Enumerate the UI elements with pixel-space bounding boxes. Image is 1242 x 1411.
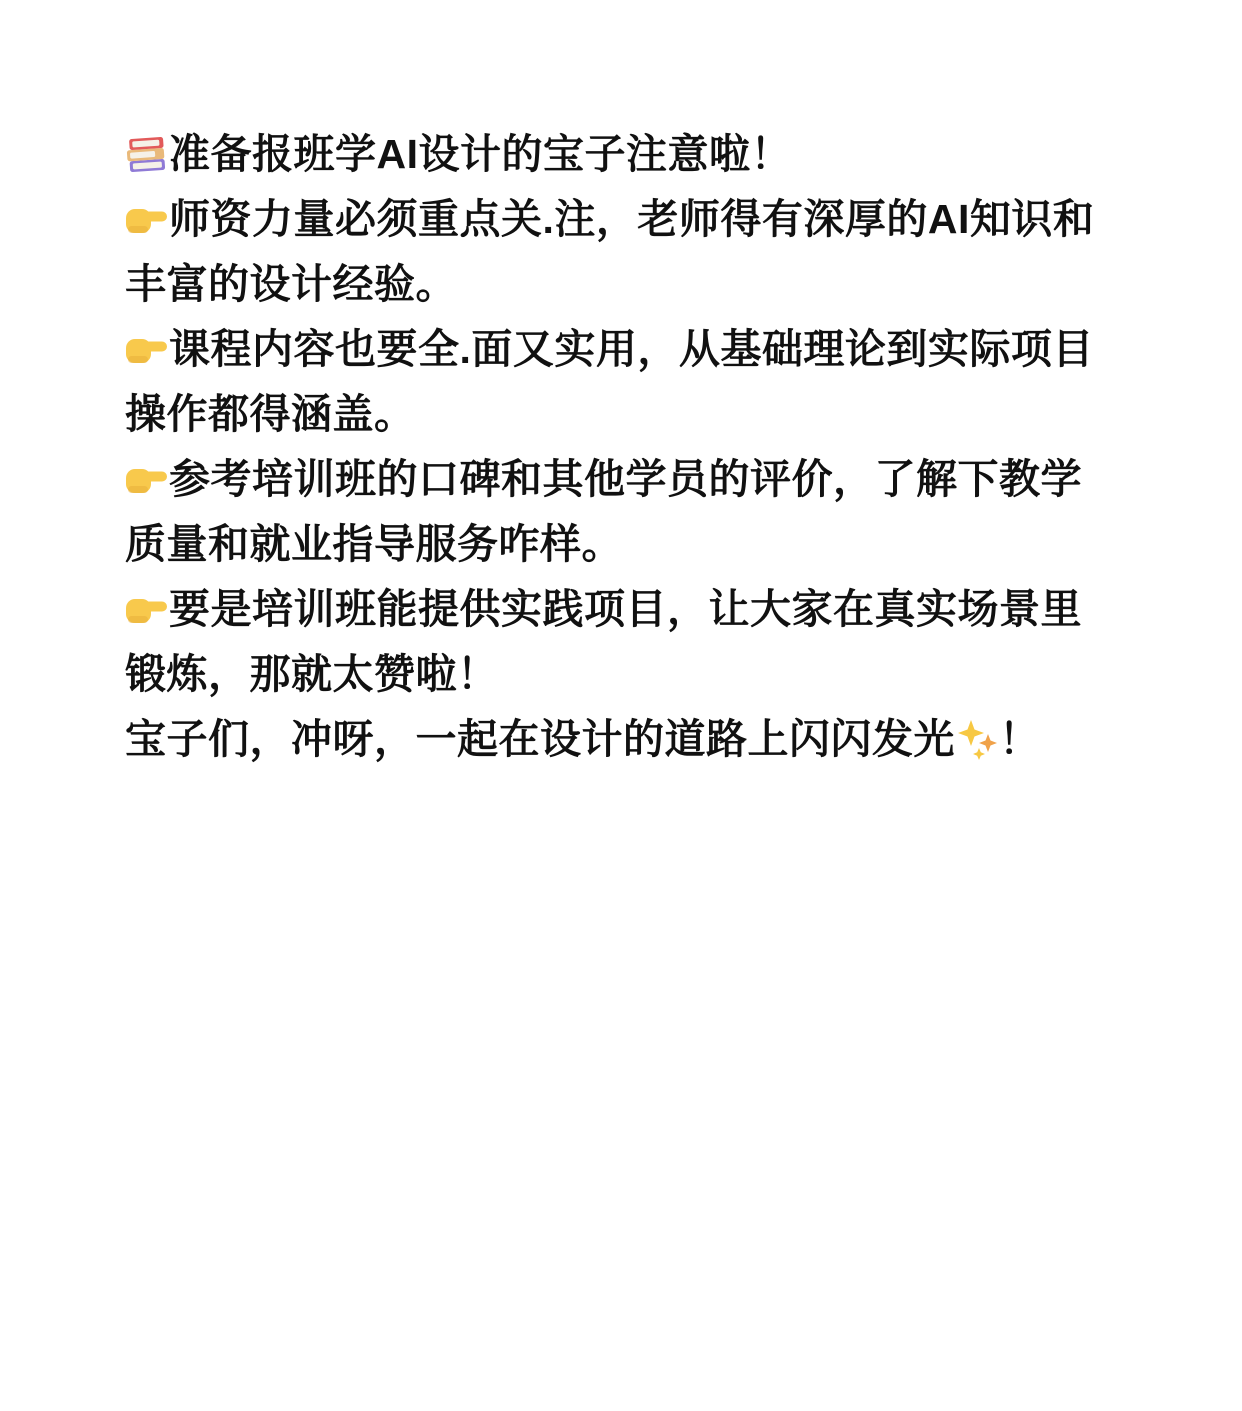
point-right-icon [125, 586, 169, 630]
paragraph-text: 师资力量必须重点关.注，老师得有深厚的AI知识和丰富的设计经验。 [125, 196, 1094, 307]
post-content: 准备报班学AI设计的宝子注意啦！ 师资力量必须重点关.注，老师得有深厚的AI知识… [125, 122, 1104, 772]
paragraph-text: 准备报班学AI设计的宝子注意啦！ [169, 131, 792, 177]
paragraph-courses: 课程内容也要全.面又实用，从基础理论到实际项目操作都得涵盖。 [125, 317, 1104, 447]
paragraph-title: 准备报班学AI设计的宝子注意啦！ [125, 122, 1104, 187]
paragraph-text: 要是培训班能提供实践项目，让大家在真实场景里锻炼，那就太赞啦！ [125, 586, 1082, 697]
post-page: 准备报班学AI设计的宝子注意啦！ 师资力量必须重点关.注，老师得有深厚的AI知识… [0, 0, 1242, 1411]
paragraph-teachers: 师资力量必须重点关.注，老师得有深厚的AI知识和丰富的设计经验。 [125, 187, 1104, 317]
paragraph-closing: 宝子们，冲呀，一起在设计的道路上闪闪发光！ [125, 707, 1104, 772]
paragraph-text: 宝子们，冲呀，一起在设计的道路上闪闪发光 [125, 716, 955, 762]
paragraph-reputation: 参考培训班的口碑和其他学员的评价，了解下教学质量和就业指导服务咋样。 [125, 447, 1104, 577]
books-icon [125, 131, 169, 175]
paragraph-practice: 要是培训班能提供实践项目，让大家在真实场景里锻炼，那就太赞啦！ [125, 577, 1104, 707]
point-right-icon [125, 196, 169, 240]
point-right-icon [125, 326, 169, 370]
paragraph-suffix: ！ [999, 716, 1041, 762]
paragraph-text: 参考培训班的口碑和其他学员的评价，了解下教学质量和就业指导服务咋样。 [125, 456, 1082, 567]
sparkles-icon [955, 716, 999, 760]
paragraph-text: 课程内容也要全.面又实用，从基础理论到实际项目操作都得涵盖。 [125, 326, 1094, 437]
point-right-icon [125, 456, 169, 500]
